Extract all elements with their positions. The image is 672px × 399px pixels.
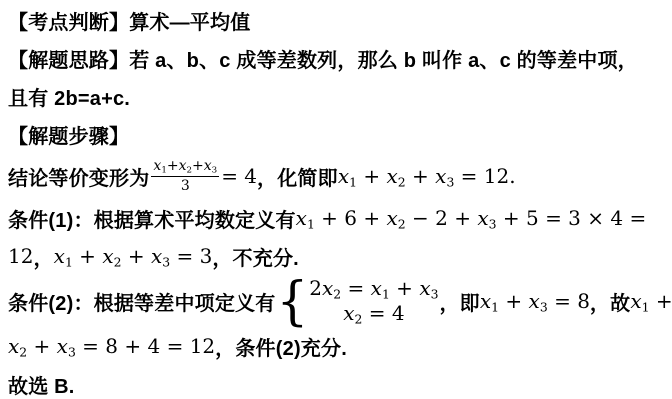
line-answer: 故选 B.	[8, 365, 666, 399]
equation-system: {2x2 = x1 + x3x2 = 4	[276, 276, 438, 326]
cn-text: ，不充分.	[212, 242, 299, 271]
line-conclusion-transform: 结论等价变形为x1+x2+x33 = 4，化简即x1 + x2 + x3 = 1…	[8, 153, 666, 199]
cn-text: 条件(1)：根据算术平均数定义有	[8, 204, 296, 233]
line-condition-1-continued: 12，x1 + x2 + x3 = 3，不充分.	[8, 237, 666, 275]
fraction-numerator: x1+x2+x3	[151, 158, 219, 177]
line-exam-point: 【考点判断】算术—平均值	[8, 1, 666, 39]
cn-text: 故选 B.	[8, 370, 75, 399]
line-solution-idea-2: 且有 2b=a+c.	[8, 77, 666, 115]
line-condition-2-continued: x2 + x3 = 8 + 4 = 12，条件(2)充分.	[8, 327, 666, 365]
cn-text: ，即	[439, 287, 479, 316]
cn-text: ，条件(2)充分.	[215, 332, 347, 361]
math-expression: x2 + x3 = 8 + 4 = 12	[8, 334, 215, 359]
math-expression: x1 + x2 + x3 = 12.	[338, 164, 516, 189]
cn-text: ，化简即	[257, 162, 338, 191]
fraction: x1+x2+x33	[151, 158, 219, 194]
cn-text: ，	[33, 242, 53, 271]
line-condition-1: 条件(1)：根据算术平均数定义有x1 + 6 + x2 − 2 + x3 + 5…	[8, 199, 666, 237]
math-expression: x1 + x3 = 8	[480, 289, 590, 314]
equation-system-rows: 2x2 = x1 + x3x2 = 4	[309, 276, 438, 326]
cn-text: 结论等价变形为	[8, 162, 149, 191]
equation-row: x2 = 4	[343, 301, 404, 326]
equation-row: 2x2 = x1 + x3	[309, 276, 438, 301]
math-expression: x1 + x2 + x3 = 3	[54, 244, 213, 269]
math-expression: = 4	[221, 164, 257, 188]
left-brace-icon: {	[276, 277, 308, 324]
cn-text: 【解题步骤】	[8, 120, 129, 149]
math-expression: x1 +	[630, 289, 672, 314]
cn-text: ，故	[590, 287, 630, 316]
cn-text: 【考点判断】算术—平均值	[8, 6, 250, 35]
document-body: 【考点判断】算术—平均值【解题思路】若 a、b、c 成等差数列，那么 b 叫作 …	[8, 1, 666, 399]
math-expression: x1 + 6 + x2 − 2 + x3 + 5 = 3 × 4 =	[296, 206, 647, 231]
solution-document: 【考点判断】算术—平均值【解题思路】若 a、b、c 成等差数列，那么 b 叫作 …	[0, 0, 672, 399]
cn-text: 【解题思路】若 a、b、c 成等差数列，那么 b 叫作 a、c 的等差中项，	[8, 44, 638, 73]
cn-text: 条件(2)：根据等差中项定义有	[8, 287, 275, 316]
cn-text: 且有 2b=a+c.	[8, 82, 130, 111]
fraction-denominator: 3	[181, 177, 190, 194]
math-expression: 12	[8, 244, 33, 268]
line-solution-idea: 【解题思路】若 a、b、c 成等差数列，那么 b 叫作 a、c 的等差中项，	[8, 39, 666, 77]
line-solution-steps-header: 【解题步骤】	[8, 115, 666, 153]
line-condition-2: 条件(2)：根据等差中项定义有{2x2 = x1 + x3x2 = 4，即x1 …	[8, 275, 666, 327]
